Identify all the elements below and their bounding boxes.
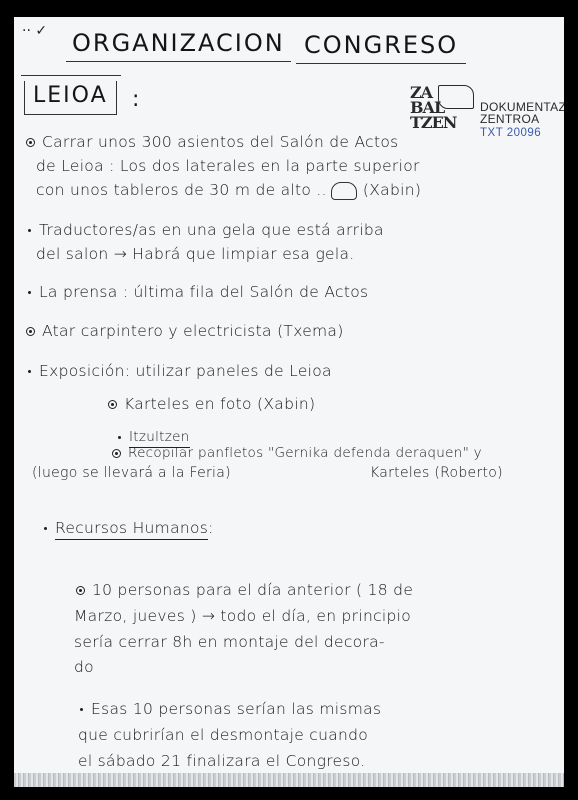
circle-bullet-icon <box>112 449 121 458</box>
stamp-logo: ZABALTZEN <box>410 85 478 139</box>
doodle-icon <box>331 182 357 200</box>
note-line: el sábado 21 finalizara el Congreso. <box>78 752 366 770</box>
note-line: Traductores/as en una gela que está arri… <box>28 221 384 239</box>
dot-bullet-icon <box>80 708 83 711</box>
title-word-organizacion: ORGANIZACION <box>66 29 291 62</box>
section-colon: : <box>132 87 139 112</box>
dot-bullet-icon <box>28 291 31 294</box>
note-line: Marzo, jueves ) → todo el día, en princi… <box>74 607 411 625</box>
note-line: con unos tableros de 30 m de alto ..(Xab… <box>36 181 421 200</box>
note-line: Karteles (Roberto) <box>370 465 503 481</box>
dot-bullet-icon <box>28 229 31 232</box>
note-line: do <box>74 658 94 676</box>
note-line: del salon → Habrá que limpiar esa gela. <box>36 245 355 263</box>
dot-bullet-icon <box>118 436 121 439</box>
circle-bullet-icon <box>76 586 85 595</box>
circle-bullet-icon <box>108 400 117 409</box>
dot-bullet-icon <box>28 370 31 373</box>
stamp-archive-name: DOKUMENTAZ ZENTROA <box>480 101 564 125</box>
note-line: Carrar unos 300 asientos del Salón de Ac… <box>26 133 399 151</box>
scan-edge-strip <box>14 773 564 787</box>
circle-bullet-icon <box>26 327 35 336</box>
note-subline: Itzultzen <box>118 429 190 445</box>
dot-bullet-icon <box>44 527 47 530</box>
note-line: que cubrirían el desmontaje cuando <box>78 726 368 744</box>
note-line: Atar carpintero y electricista (Txema) <box>26 322 344 340</box>
section-label-leioa: LEIOA <box>24 81 117 115</box>
note-line: Exposición: utilizar paneles de Leioa <box>28 362 332 380</box>
note-line: La prensa : última fila del Salón de Act… <box>28 283 368 301</box>
note-line: sería cerrar 8h en montaje del decora- <box>74 633 385 651</box>
note-line: 10 personas para el día anterior ( 18 de <box>76 581 413 599</box>
header-mark: ·· ✓ <box>22 23 47 39</box>
note-line: Esas 10 personas serían las mismas <box>80 700 381 718</box>
stamp-reference: TXT 20096 <box>480 127 541 139</box>
circle-bullet-icon <box>26 138 35 147</box>
note-subline: Recopilar panfletos "Gernika defenda der… <box>112 445 482 461</box>
recursos-heading: Recursos Humanos: <box>44 519 214 537</box>
note-line: (luego se llevará a la Feria) <box>32 465 231 481</box>
note-line: de Leioa : Los dos laterales en la parte… <box>36 157 420 175</box>
note-subline: Karteles en foto (Xabin) <box>108 395 315 413</box>
scanned-page: ·· ✓ ORGANIZACION CONGRESO LEIOA : ZABAL… <box>14 17 564 787</box>
title-word-congreso: CONGRESO <box>296 31 466 64</box>
stamp-line-2: ZENTROA <box>480 113 564 125</box>
archive-stamp: ZABALTZEN DOKUMENTAZ ZENTROA TXT 20096 <box>410 83 560 145</box>
